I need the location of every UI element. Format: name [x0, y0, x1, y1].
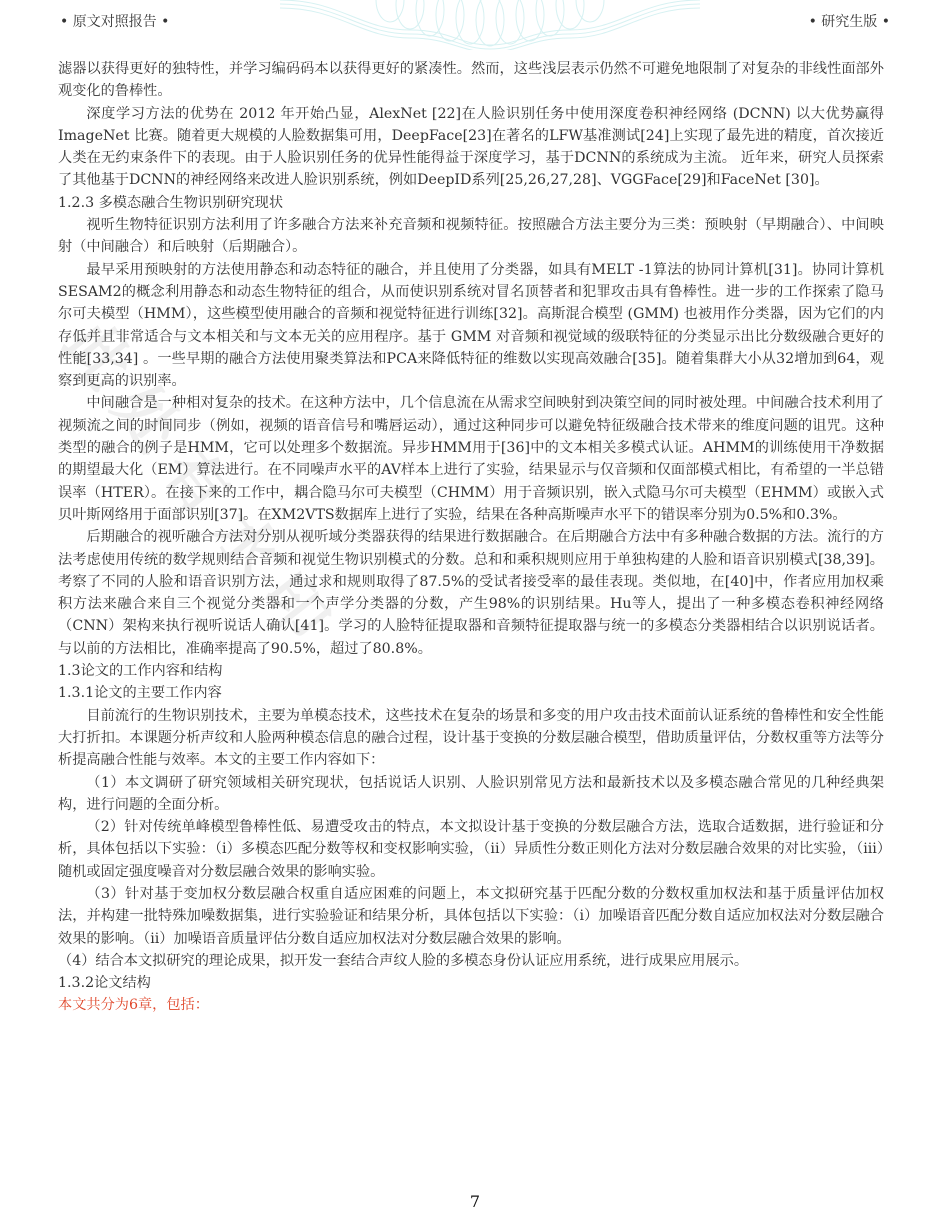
- highlighted-sentence: 本文共分为6章，包括：: [58, 994, 884, 1016]
- paragraph-continuation: 滤器以获得更好的独特性，并学习编码码本以获得更好的紧凑性。然而，这些浅层表示仍然…: [58, 58, 884, 103]
- list-item: （1）本文调研了研究领域相关研究现状，包括说话人识别、人脸识别常见方法和最新技术…: [58, 772, 884, 817]
- document-body: 滤器以获得更好的独特性，并学习编码码本以获得更好的紧凑性。然而，这些浅层表示仍然…: [58, 58, 884, 1017]
- page-header: • 原文对照报告 • • 研究生版 •: [60, 11, 890, 29]
- section-heading-1-3: 1.3论文的工作内容和结构: [58, 660, 884, 682]
- section-heading-1-3-2: 1.3.2论文结构: [58, 972, 884, 994]
- paragraph: 目前流行的生物识别技术，主要为单模态技术，这些技术在复杂的场景和多变的用户攻击技…: [58, 705, 884, 772]
- paragraph: 最早采用预映射的方法使用静态和动态特征的融合，并且使用了分类器，如具有MELT …: [58, 259, 884, 393]
- list-item: （3）针对基于变加权分数层融合权重自适应困难的问题上，本文拟研究基于匹配分数的分…: [58, 883, 884, 950]
- page-number: 7: [0, 1192, 950, 1211]
- paragraph: 后期融合的视听融合方法对分别从视听域分类器获得的结果进行数据融合。在后期融合方法…: [58, 526, 884, 660]
- section-heading-1-3-1: 1.3.1论文的主要工作内容: [58, 682, 884, 704]
- list-item: （2）针对传统单峰模型鲁棒性低、易遭受攻击的特点，本文拟设计基于变换的分数层融合…: [58, 816, 884, 883]
- report-type-label: • 原文对照报告 •: [60, 11, 169, 31]
- list-item: （4）结合本文拟研究的理论成果，拟开发一套结合声纹人脸的多模态身份认证应用系统，…: [58, 950, 884, 972]
- paragraph: 中间融合是一种相对复杂的技术。在这种方法中，几个信息流在从需求空间映射到决策空间…: [58, 392, 884, 526]
- paragraph: 视听生物特征识别方法利用了许多融合方法来补充音频和视频特征。按照融合方法主要分为…: [58, 214, 884, 259]
- edition-label: • 研究生版 •: [809, 11, 890, 31]
- paragraph: 深度学习方法的优势在 2012 年开始凸显，AlexNet [22]在人脸识别任…: [58, 103, 884, 192]
- section-heading-1-2-3: 1.2.3 多模态融合生物识别研究现状: [58, 192, 884, 214]
